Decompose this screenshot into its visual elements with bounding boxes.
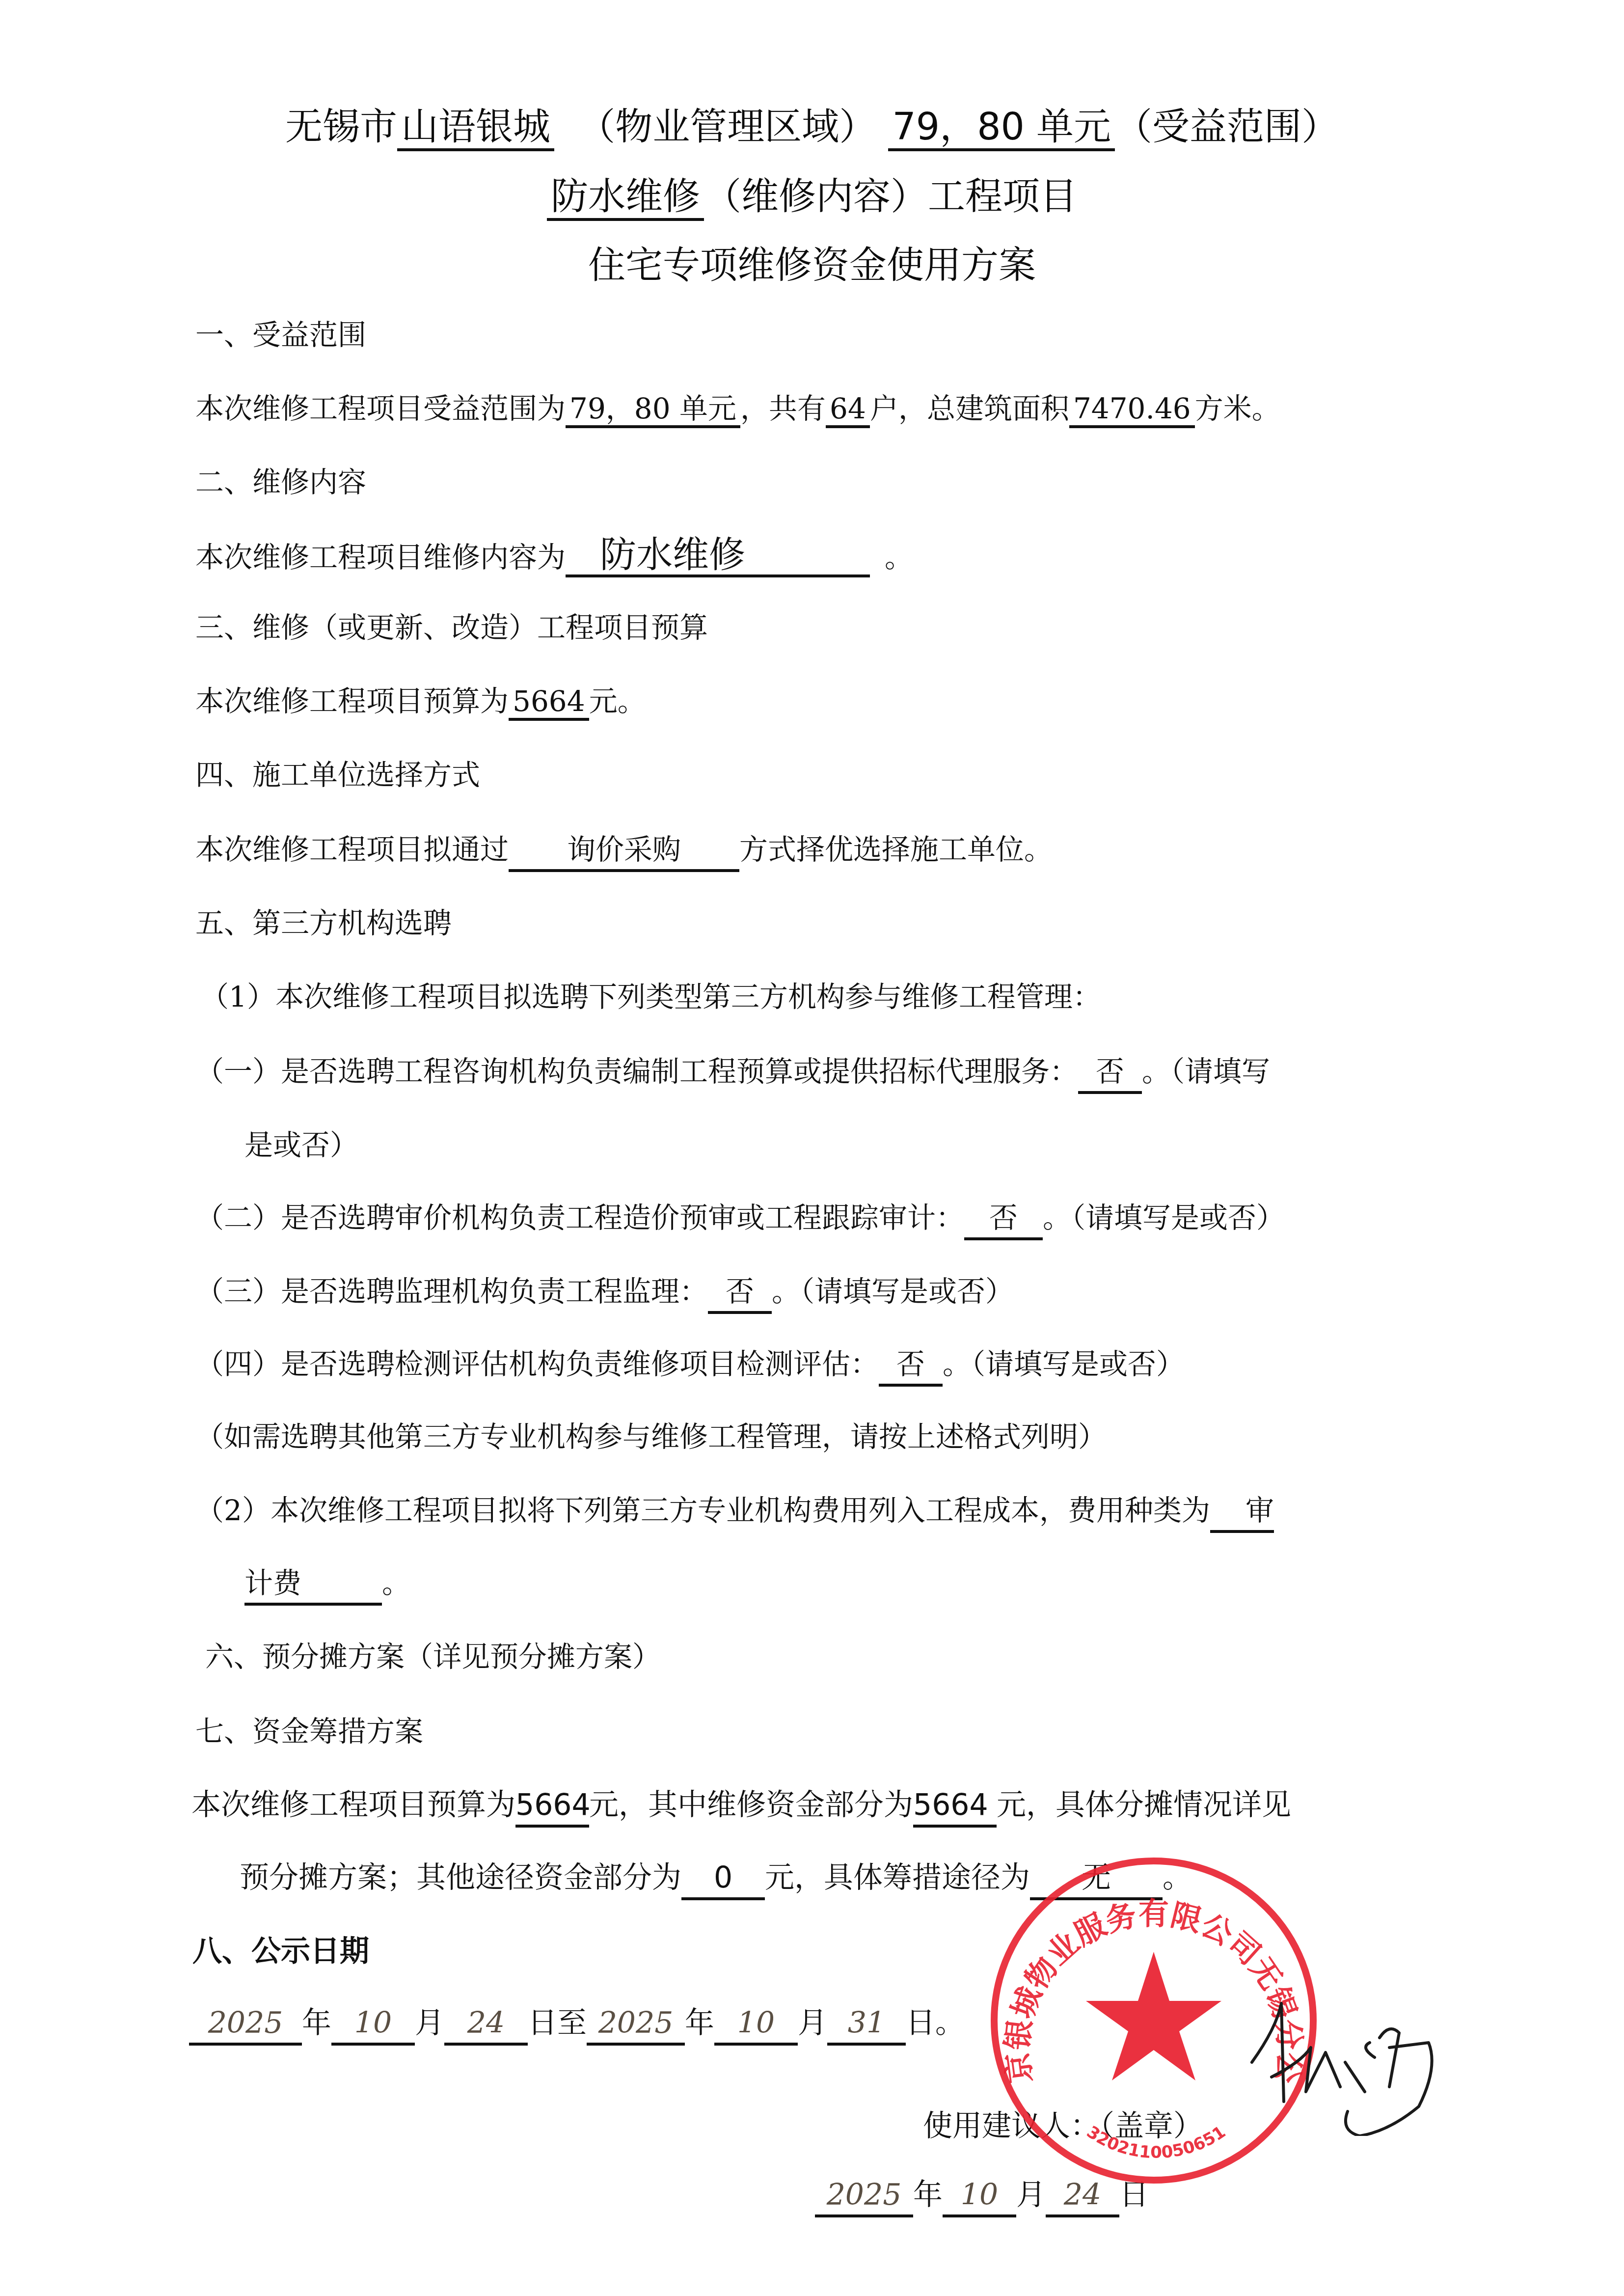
section-1-text: 本次维修工程项目受益范围为79，80 单元，共有64户，总建筑面积7470.46… [195,389,1280,428]
text: 户，总建筑面积 [870,392,1069,425]
text: 月 [798,2006,827,2040]
section-4-text: 本次维修工程项目拟通过询价采购方式择优选择施工单位。 [195,830,1053,872]
budget-value: 5664 [509,684,589,721]
text: 元，其中维修资金部分为 [589,1788,913,1822]
section-2-text: 本次维修工程项目维修内容为防水维修。 [195,535,913,577]
section-7-text-1: 本次维修工程项目预算为5664元，其中维修资金部分为5664元，具体分摊情况详见 [191,1785,1291,1828]
text: 方米。 [1195,392,1280,425]
fee-type-value-cont: 计费 [244,1563,382,1606]
fee-type-value: 审 [1210,1491,1274,1533]
section-5-note: （如需选聘其他第三方专业机构参与维修工程管理，请按上述格式列明） [195,1417,1107,1456]
end-year: 2025 [587,2003,685,2046]
section-5-item-1: （1）本次维修工程项目拟选聘下列类型第三方机构参与维修工程管理： [200,977,1101,1016]
repair-content-value: 防水维修 [547,174,704,221]
section-5-item-2-cont: 计费。 [244,1563,410,1606]
doc-title: 住宅专项维修资金使用方案 [0,241,1624,290]
beneficiary-units-value: 79，80 单元 [888,105,1115,151]
area-value: 7470.46 [1069,392,1195,428]
text: 元。 [589,684,646,718]
q3-answer: 否 [708,1272,772,1314]
repair-content-label: （维修内容）工程项目 [704,174,1077,218]
section-5-q2: （二）是否选聘审价机构负责工程造价预审或工程跟踪审计：否。（请填写是或否） [195,1198,1285,1240]
text: 。（请填写 [1142,1055,1270,1088]
text: 本次维修工程项目预算为 [195,684,509,718]
section-4-heading: 四、施工单位选择方式 [195,755,480,794]
section-1-heading: 一、受益范围 [195,315,366,355]
publicity-dates: 2025年10月24日至2025年10月31日。 [189,2003,965,2046]
start-year: 2025 [189,2003,302,2046]
text: 方式择优选择施工单位。 [739,833,1053,866]
section-7-heading: 七、资金筹措方案 [195,1712,423,1751]
text: 本次维修工程项目预算为 [191,1788,515,1822]
text: 日。 [906,2006,965,2040]
beneficiary-label: （受益范围） [1115,105,1339,148]
section-5-item-2: （2）本次维修工程项目拟将下列第三方专业机构费用列入工程成本，费用种类为审 [195,1491,1274,1533]
end-day: 31 [827,2003,906,2046]
selection-method-value: 询价采购 [509,830,739,872]
other-fund-value: 0 [681,1858,765,1900]
title-line-2: 防水维修（维修内容）工程项目 [0,172,1624,221]
section-2-heading: 二、维修内容 [195,463,366,502]
text: 年 [685,2006,714,2040]
q2-answer: 否 [964,1198,1043,1240]
text: 预分摊方案；其他途径资金部分为 [240,1860,681,1895]
text: （一）是否选聘工程咨询机构负责编制工程预算或提供招标代理服务： [195,1055,1078,1088]
text: 本次维修工程项目拟通过 [195,833,509,866]
text: 本次维修工程项目受益范围为 [195,392,566,425]
svg-text:3202110050651: 3202110050651 [1083,2122,1229,2162]
section-3-heading: 三、维修（或更新、改造）工程项目预算 [195,608,708,647]
end-month: 10 [714,2003,798,2046]
city: 无锡市 [285,105,397,148]
text: （四）是否选聘检测评估机构负责维修项目检测评估： [195,1347,879,1381]
property-area-value: 山语银城 [397,105,554,151]
section-5-q1: （一）是否选聘工程咨询机构负责编制工程预算或提供招标代理服务：否。（请填写 [195,1052,1270,1094]
households-value: 64 [826,392,870,428]
text: 元，具体分摊情况详见 [997,1788,1291,1822]
q1-answer: 否 [1078,1052,1142,1094]
text: 年 [302,2006,331,2040]
title-line-1: 无锡市山语银城 （物业管理区域） 79，80 单元（受益范围） [0,102,1624,151]
text: 。（请填写是或否） [772,1275,1014,1308]
text: ，共有 [740,392,826,425]
start-day: 24 [444,2003,528,2046]
text: 本次维修工程项目维修内容为 [195,541,566,574]
text: （三）是否选聘监理机构负责工程监理： [195,1275,708,1308]
fund-budget-value: 5664 [515,1785,589,1828]
maintenance-fund-value: 5664 [913,1785,997,1828]
sign-year: 2025 [815,2175,913,2217]
text: （2）本次维修工程项目拟将下列第三方专业机构费用列入工程成本，费用种类为 [195,1494,1210,1527]
text: 日至 [528,2006,587,2040]
text: 。 [382,1566,410,1600]
text: 。（请填写是或否） [1043,1201,1285,1234]
section-3-text: 本次维修工程项目预算为5664元。 [195,682,646,721]
section-6-heading: 六、预分摊方案（详见预分摊方案） [205,1637,661,1676]
section-5-heading: 五、第三方机构选聘 [195,903,452,943]
units-value: 79，80 单元 [566,392,740,428]
repair-content-field: 防水维修 [566,535,870,577]
text: 。（请填写是或否） [943,1347,1185,1381]
handwritten-signature-icon [1242,1989,1458,2136]
text: 月 [415,2006,444,2040]
section-5-q3: （三）是否选聘监理机构负责工程监理：否。（请填写是或否） [195,1272,1014,1314]
section-8-heading: 八、公示日期 [192,1932,369,1971]
section-5-q1-cont: 是或否） [244,1125,358,1165]
start-month: 10 [331,2003,415,2046]
property-area-label: （物业管理区域） [578,105,876,148]
text: 。 [885,541,913,574]
text: 年 [913,2178,943,2212]
text: （二）是否选聘审价机构负责工程造价预审或工程跟踪审计： [195,1201,964,1234]
q4-answer: 否 [879,1344,943,1387]
section-5-q4: （四）是否选聘检测评估机构负责维修项目检测评估：否。（请填写是或否） [195,1344,1185,1387]
